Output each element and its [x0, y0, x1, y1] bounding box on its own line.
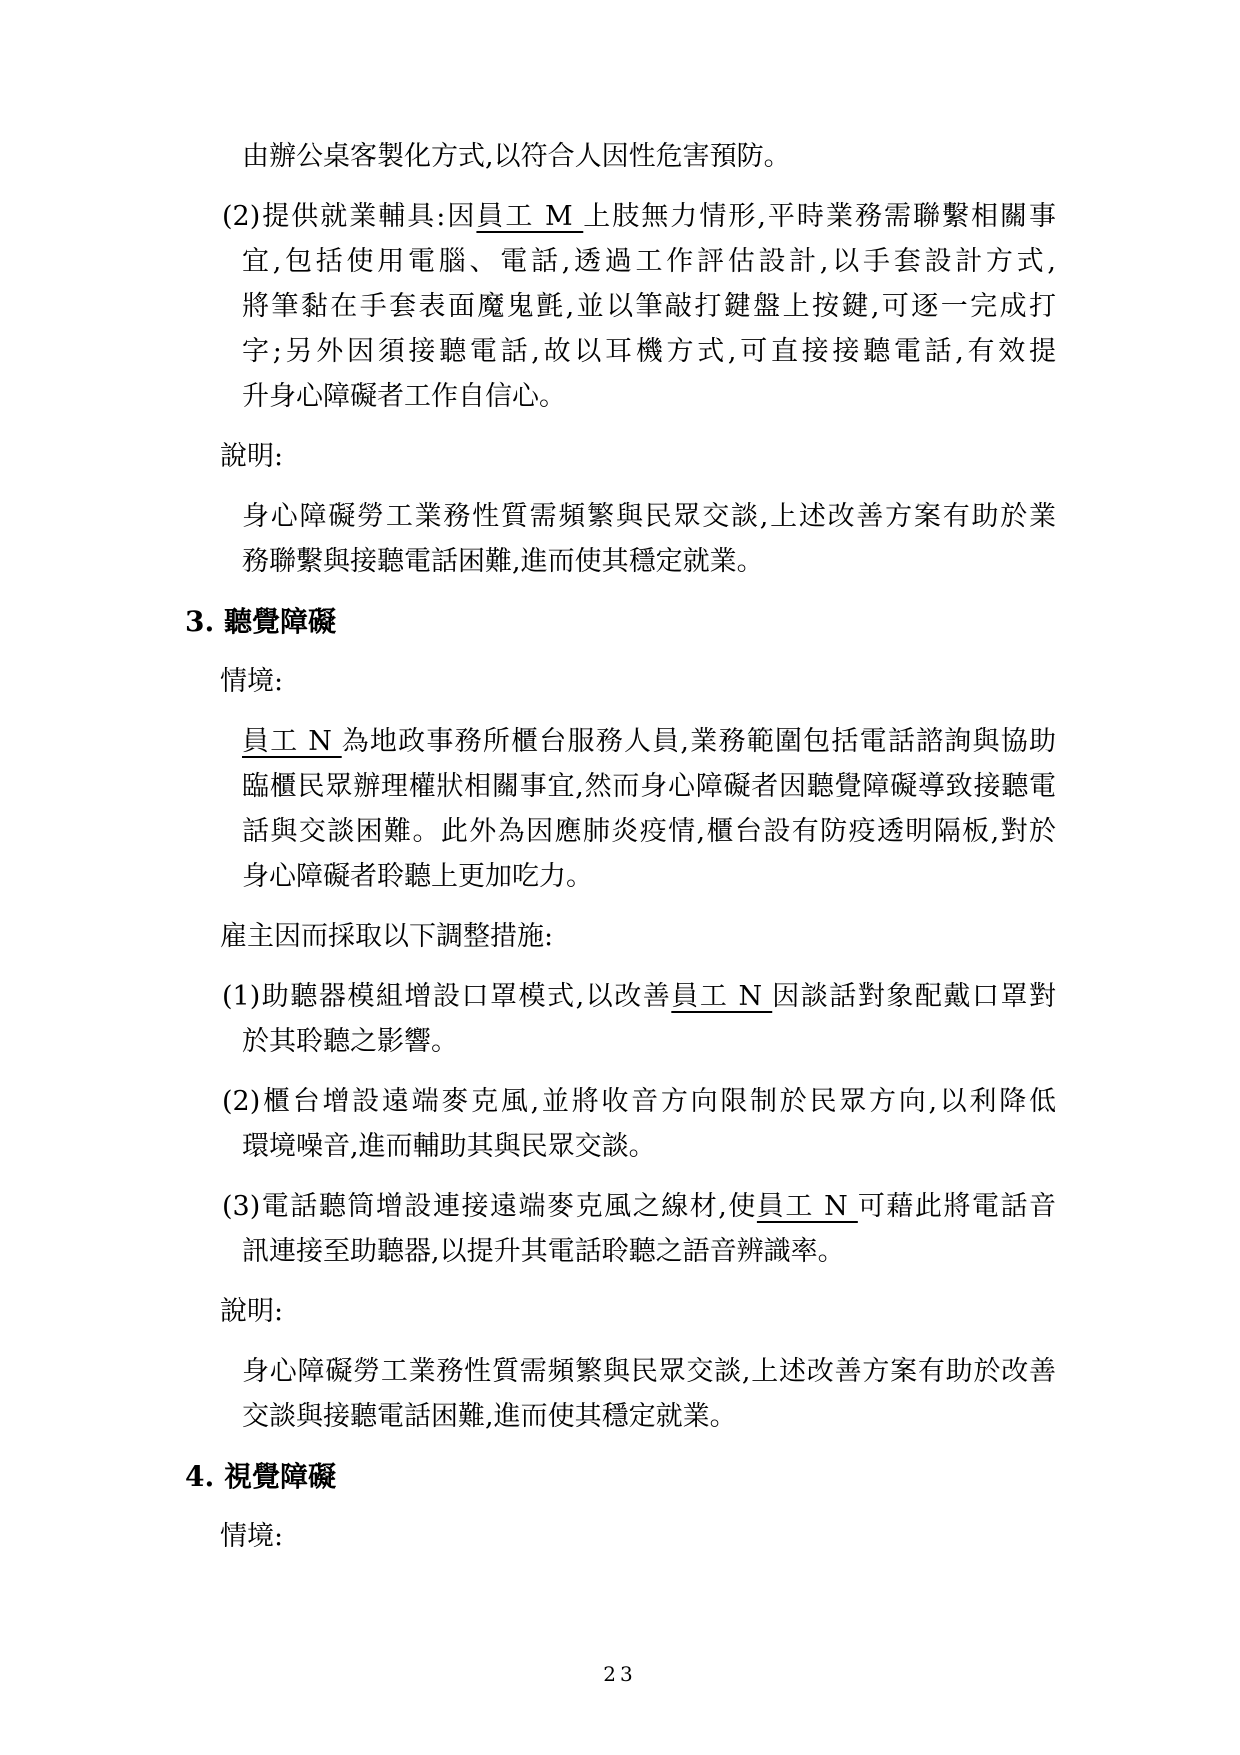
text-segment: 可藉此將電話音	[858, 1191, 1056, 1222]
paragraph-label: 雇主因而採取以下調整措施:	[220, 914, 1056, 959]
text-line: 升身心障礙者工作自信心。	[242, 374, 1056, 419]
text-line: (1)助聽器模組增設口罩模式,以改善員工 N 因談話對象配戴口罩對	[242, 974, 1056, 1019]
text-segment: 4. 視覺障礙	[185, 1460, 336, 1493]
document-body: 由辦公桌客製化方式,以符合人因性危害預防。(2)提供就業輔具:因員工 M 上肢無…	[185, 134, 1056, 1559]
paragraph: 由辦公桌客製化方式,以符合人因性危害預防。	[242, 134, 1056, 179]
text-segment: 情境:	[220, 666, 283, 697]
list-item: (3)電話聽筒增設連接遠端麥克風之線材,使員工 N 可藉此將電話音訊連接至助聽器…	[242, 1184, 1056, 1274]
text-segment: 將筆黏在手套表面魔鬼氈,並以筆敲打鍵盤上按鍵,可逐一完成打	[242, 291, 1056, 322]
text-segment: 由辦公桌客製化方式,以符合人因性危害預防。	[242, 141, 791, 172]
text-segment: 身心障礙者聆聽上更加吃力。	[242, 861, 593, 892]
section-heading: 4. 視覺障礙	[185, 1454, 1056, 1499]
text-segment: 身心障礙勞工業務性質需頻繁與民眾交談,上述改善方案有助於改善	[242, 1356, 1056, 1387]
paragraph-label: 情境:	[220, 659, 1056, 704]
text-line: 4. 視覺障礙	[185, 1454, 1056, 1499]
text-segment: 訊連接至助聽器,以提升其電話聆聽之語音辨識率。	[242, 1236, 845, 1267]
text-segment: 為地政事務所櫃台服務人員,業務範圍包括電話諮詢與協助	[342, 726, 1056, 757]
text-line: 宜,包括使用電腦、電話,透過工作評估設計,以手套設計方式,	[242, 239, 1056, 284]
document-page: { "page": { "number": "23" }, "blocks": …	[0, 0, 1240, 1755]
text-line: (3)電話聽筒增設連接遠端麥克風之線材,使員工 N 可藉此將電話音	[242, 1184, 1056, 1229]
page-number: 23	[0, 1662, 1240, 1686]
list-item: (1)助聽器模組增設口罩模式,以改善員工 N 因談話對象配戴口罩對於其聆聽之影響…	[242, 974, 1056, 1064]
list-item: (2)提供就業輔具:因員工 M 上肢無力情形,平時業務需聯繫相關事宜,包括使用電…	[242, 194, 1056, 419]
paragraph-label: 說明:	[220, 1289, 1056, 1334]
text-segment: 因談話對象配戴口罩對	[772, 981, 1056, 1012]
text-line: 話與交談困難。此外為因應肺炎疫情,櫃台設有防疫透明隔板,對於	[242, 809, 1056, 854]
text-segment: 說明:	[220, 1296, 283, 1327]
text-segment: 身心障礙勞工業務性質需頻繁與民眾交談,上述改善方案有助於業	[242, 501, 1056, 532]
text-line: 環境噪音,進而輔助其與民眾交談。	[242, 1124, 1056, 1169]
text-segment: 說明:	[220, 441, 283, 472]
section-heading: 3. 聽覺障礙	[185, 599, 1056, 644]
paragraph-label: 說明:	[220, 434, 1056, 479]
paragraph: 身心障礙勞工業務性質需頻繁與民眾交談,上述改善方案有助於改善交談與接聽電話困難,…	[242, 1349, 1056, 1439]
text-segment: (2)提供就業輔具:因	[222, 201, 476, 232]
text-segment: (2)櫃台增設遠端麥克風,並將收音方向限制於民眾方向,以利降低	[222, 1086, 1056, 1117]
text-line: 身心障礙勞工業務性質需頻繁與民眾交談,上述改善方案有助於改善	[242, 1349, 1056, 1394]
text-line: 身心障礙勞工業務性質需頻繁與民眾交談,上述改善方案有助於業	[242, 494, 1056, 539]
underlined-name: 員工 N	[671, 981, 772, 1012]
underlined-name: 員工 N	[242, 726, 342, 757]
text-segment: 務聯繫與接聽電話困難,進而使其穩定就業。	[242, 546, 764, 577]
list-item: (2)櫃台增設遠端麥克風,並將收音方向限制於民眾方向,以利降低環境噪音,進而輔助…	[242, 1079, 1056, 1169]
text-line: 員工 N 為地政事務所櫃台服務人員,業務範圍包括電話諮詢與協助	[242, 719, 1056, 764]
text-line: 情境:	[220, 659, 1056, 704]
text-line: 務聯繫與接聽電話困難,進而使其穩定就業。	[242, 539, 1056, 584]
text-segment: (1)助聽器模組增設口罩模式,以改善	[222, 981, 671, 1012]
text-segment: 臨櫃民眾辦理權狀相關事宜,然而身心障礙者因聽覺障礙導致接聽電	[242, 771, 1056, 802]
text-segment: 宜,包括使用電腦、電話,透過工作評估設計,以手套設計方式,	[242, 246, 1056, 277]
text-line: (2)提供就業輔具:因員工 M 上肢無力情形,平時業務需聯繫相關事	[242, 194, 1056, 239]
text-segment: (3)電話聽筒增設連接遠端麥克風之線材,使	[222, 1191, 757, 1222]
text-line: 字;另外因須接聽電話,故以耳機方式,可直接接聽電話,有效提	[242, 329, 1056, 374]
text-segment: 交談與接聽電話困難,進而使其穩定就業。	[242, 1401, 737, 1432]
text-segment: 情境:	[220, 1521, 283, 1552]
text-segment: 話與交談困難。此外為因應肺炎疫情,櫃台設有防疫透明隔板,對於	[242, 816, 1056, 847]
text-segment: 雇主因而採取以下調整措施:	[220, 921, 553, 952]
text-segment: 3. 聽覺障礙	[185, 605, 336, 638]
text-line: 情境:	[220, 1514, 1056, 1559]
paragraph: 身心障礙勞工業務性質需頻繁與民眾交談,上述改善方案有助於業務聯繫與接聽電話困難,…	[242, 494, 1056, 584]
text-segment: 於其聆聽之影響。	[242, 1026, 458, 1057]
text-segment: 升身心障礙者工作自信心。	[242, 381, 566, 412]
text-line: 身心障礙者聆聽上更加吃力。	[242, 854, 1056, 899]
text-line: 說明:	[220, 1289, 1056, 1334]
text-line: 雇主因而採取以下調整措施:	[220, 914, 1056, 959]
text-line: 3. 聽覺障礙	[185, 599, 1056, 644]
text-line: 說明:	[220, 434, 1056, 479]
text-segment: 字;另外因須接聽電話,故以耳機方式,可直接接聽電話,有效提	[242, 336, 1056, 367]
text-line: 交談與接聽電話困難,進而使其穩定就業。	[242, 1394, 1056, 1439]
text-line: 臨櫃民眾辦理權狀相關事宜,然而身心障礙者因聽覺障礙導致接聽電	[242, 764, 1056, 809]
text-segment: 上肢無力情形,平時業務需聯繫相關事	[583, 201, 1056, 232]
text-segment: 環境噪音,進而輔助其與民眾交談。	[242, 1131, 656, 1162]
text-line: 訊連接至助聽器,以提升其電話聆聽之語音辨識率。	[242, 1229, 1056, 1274]
text-line: (2)櫃台增設遠端麥克風,並將收音方向限制於民眾方向,以利降低	[242, 1079, 1056, 1124]
text-line: 將筆黏在手套表面魔鬼氈,並以筆敲打鍵盤上按鍵,可逐一完成打	[242, 284, 1056, 329]
paragraph: 員工 N 為地政事務所櫃台服務人員,業務範圍包括電話諮詢與協助臨櫃民眾辦理權狀相…	[242, 719, 1056, 899]
underlined-name: 員工 N	[757, 1191, 858, 1222]
underlined-name: 員工 M	[476, 201, 583, 232]
paragraph-label: 情境:	[220, 1514, 1056, 1559]
text-line: 由辦公桌客製化方式,以符合人因性危害預防。	[242, 134, 1056, 179]
text-line: 於其聆聽之影響。	[242, 1019, 1056, 1064]
